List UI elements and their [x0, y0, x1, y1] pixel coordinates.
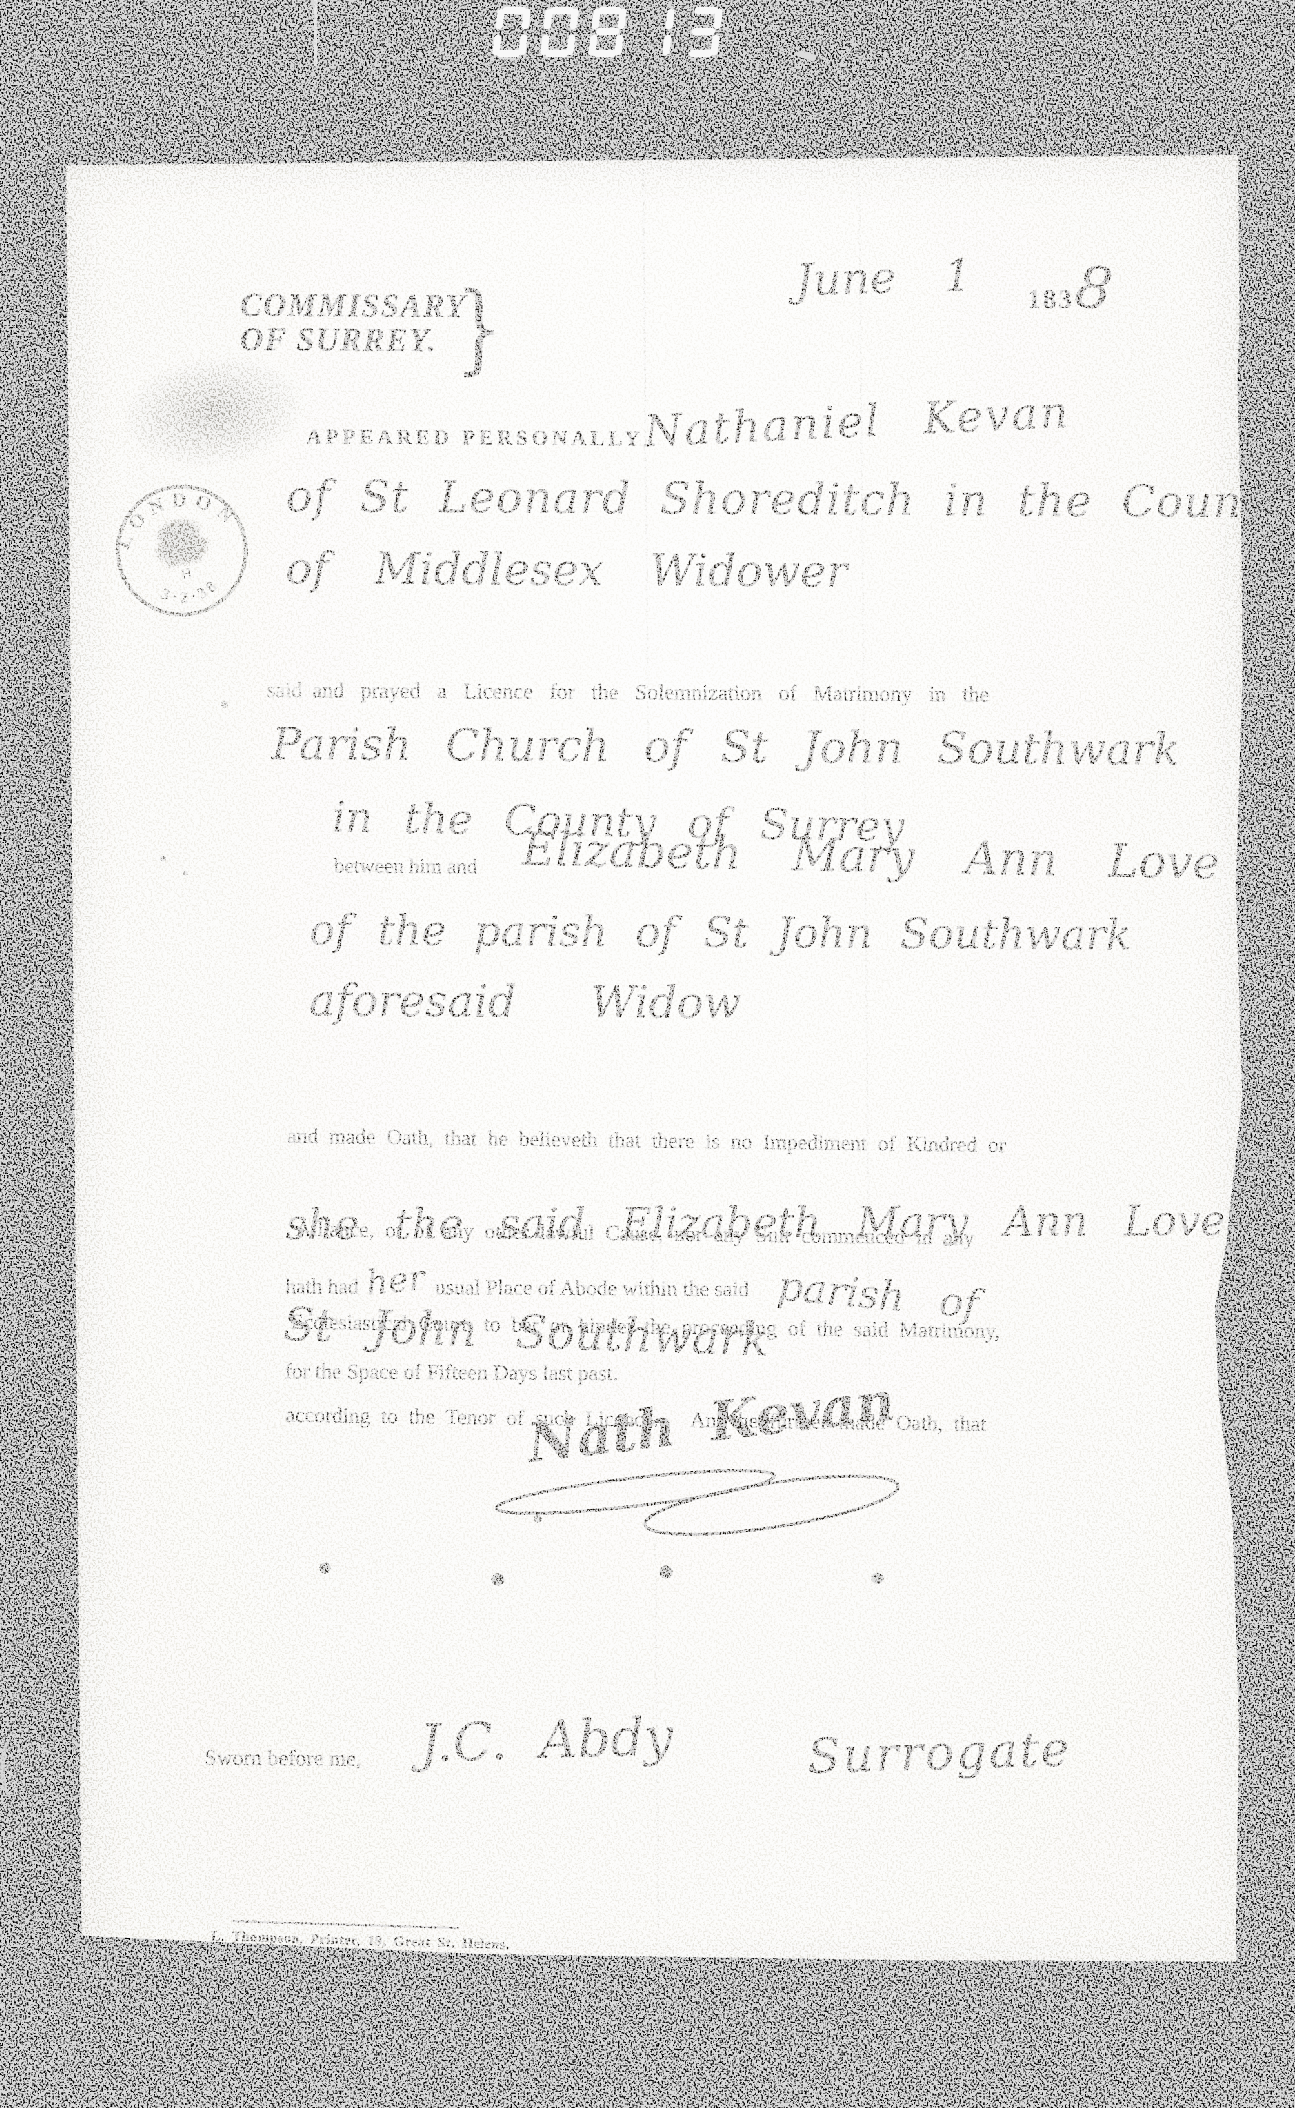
prayed-text: and prayed a Licence for the Solemnizati…: [312, 677, 989, 706]
commissary-line2: OF SURREY.: [240, 320, 437, 359]
bride-name-handwritten: Elizabeth Mary Ann Love: [521, 822, 1220, 890]
frame-digit: [540, 7, 579, 57]
church-line1: Parish Church of St John Southwark: [271, 719, 1179, 776]
date-handwritten: June 1: [795, 250, 973, 306]
commissary-heading: COMMISSARYOF SURREY.: [240, 288, 466, 358]
ink-speck: [221, 701, 228, 708]
commissary-line1: COMMISSARY: [240, 286, 466, 325]
sworn-before-me-label: Sworn before me,: [204, 1745, 361, 1772]
frame-digit: [636, 7, 675, 57]
stamp-center-letter: H: [180, 566, 193, 583]
she-said-line: she the said Elizabeth Mary Ann Love: [286, 1196, 1226, 1249]
oath-line-1: and made Oath, that he believeth that th…: [287, 1121, 1006, 1161]
ink-speck: [320, 1562, 331, 1573]
microfilm-frame: { "film": { "frame_number": "00813", "fr…: [0, 0, 1295, 2108]
ink-speck: [534, 1515, 542, 1523]
groom-name-handwritten: Nathaniel Kevan: [643, 387, 1072, 458]
london-stamp: LONDON H 3·2·38: [93, 462, 270, 639]
bride-aforesaid-line: aforesaid Widow: [309, 975, 741, 1029]
prayed-fragment: said: [267, 677, 303, 702]
frame-digit: [588, 7, 627, 57]
frame-counter: [492, 7, 723, 57]
fifteen-days-label: for the Space of Fifteen Days last past.: [285, 1359, 618, 1386]
surrogate-title-handwritten: Surrogate: [807, 1721, 1072, 1785]
ink-speck: [871, 1573, 883, 1584]
ink-speck: [491, 1573, 504, 1585]
ink-speck: [660, 1566, 673, 1579]
date-printed-year: 183: [1027, 284, 1074, 315]
printer-rule: [232, 1920, 458, 1929]
bride-parish-line: of the parish of St John Southwark: [309, 905, 1131, 959]
ink-speck: [1048, 1226, 1056, 1233]
frame-digit: [492, 7, 531, 57]
groom-abode-line1: of St Leonard Shoreditch in the County: [286, 471, 1287, 528]
ink-speck: [160, 855, 166, 861]
film-edge-mark: [0, 1737, 27, 1799]
date-written-digit: 8: [1071, 252, 1116, 324]
prayed-licence-line: saidand prayed a Licence for the Solemni…: [267, 677, 990, 707]
usual-abode-label: usual Place of Abode within the said: [435, 1275, 749, 1302]
groom-abode-line2: of Middlesex Widower: [286, 543, 848, 597]
document-page: COMMISSARYOF SURREY. } June 1 183 8 LOND…: [66, 155, 1254, 1977]
brace-glyph: }: [455, 271, 503, 385]
ink-speck: [183, 871, 188, 876]
appeared-personally-label: APPEARED PERSONALLY: [306, 424, 643, 451]
surrogate-signature: J.C. Abdy: [419, 1707, 674, 1774]
her-handwritten: her: [365, 1258, 427, 1304]
hath-had-label: hath had: [285, 1274, 359, 1299]
crown-emblem-icon: [151, 516, 211, 569]
film-artifact-dot: [205, 12, 210, 17]
frame-digit: [684, 7, 723, 57]
film-scratch-line: [314, 0, 317, 66]
ink-smudge: [114, 344, 312, 480]
between-him-and-label: between him and: [334, 854, 478, 880]
